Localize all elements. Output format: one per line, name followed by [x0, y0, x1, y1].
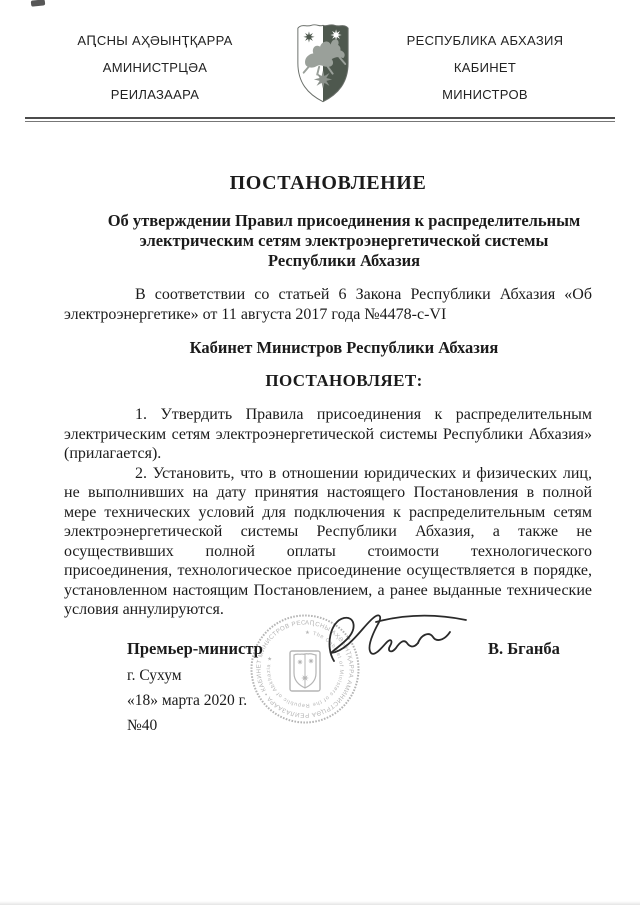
footer-number: №40: [127, 717, 157, 735]
footer-date: «18» марта 2020 г.: [127, 692, 247, 710]
coat-of-arms: [294, 20, 352, 111]
letterhead: АԤСНЫ АҲӘЫНҬҚАРРА АМИНИСТРЦӘА РЕИЛАЗААРА: [0, 0, 640, 111]
decree-items: 1. Утвердить Правила присоединения к рас…: [64, 405, 592, 620]
subtitle-line: электрическим сетям электроэнергетическо…: [96, 231, 592, 251]
seal-center-emblem: [290, 651, 320, 691]
star-icon: [303, 31, 314, 42]
document-subtitle: Об утверждении Правил присоединения к ра…: [64, 211, 592, 271]
document-page: АԤСНЫ АҲӘЫНҬҚАРРА АМИНИСТРЦӘА РЕИЛАЗААРА: [0, 0, 640, 905]
letterhead-russian-line: МИНИСТРОВ: [360, 81, 610, 108]
letterhead-abkhaz-line: АМИНИСТРЦӘА: [30, 54, 280, 81]
letterhead-abkhaz-line: РЕИЛАЗААРА: [30, 81, 280, 108]
star-icon: [331, 29, 342, 40]
signatory-name: В. Бганба: [488, 639, 560, 659]
star-icon: [308, 658, 314, 664]
handwritten-signature: [320, 611, 478, 669]
decree-item-1: 1. Утвердить Правила присоединения к рас…: [64, 405, 592, 464]
scan-bottom-edge: [0, 901, 640, 905]
letterhead-russian-line: РЕСПУБЛИКА АБХАЗИЯ: [360, 27, 610, 54]
decree-item-2: 2. Установить, что в отношении юридическ…: [64, 464, 592, 620]
letterhead-abkhaz-block: АԤСНЫ АҲӘЫНҬҚАРРА АМИНИСТРЦӘА РЕИЛАЗААРА: [30, 27, 280, 111]
letterhead-abkhaz-line: АԤСНЫ АҲӘЫНҬҚАРРА: [30, 27, 280, 54]
signature-area: АԤСНЫ АҲӘЫНҬҚАРРА АМИНИСТРЦӘА РЕИЛАЗААРА…: [0, 605, 640, 775]
subtitle-line: Об утверждении Правил присоединения к ра…: [96, 211, 592, 231]
signatory-role: Премьер-министр: [127, 639, 263, 659]
intro-paragraph: В соответствии со статьей 6 Закона Респу…: [64, 285, 592, 324]
star-icon: [301, 674, 309, 682]
coat-of-arms-icon: [294, 20, 352, 106]
star-icon: [297, 659, 303, 665]
letterhead-russian-line: КАБИНЕТ: [360, 54, 610, 81]
document-title: ПОСТАНОВЛЕНИЕ: [64, 172, 592, 195]
header-divider-rule: [25, 117, 615, 122]
document-body: ПОСТАНОВЛЕНИЕ Об утверждении Правил прис…: [64, 172, 592, 620]
authority-line: Кабинет Министров Республики Абхазия: [64, 338, 592, 358]
footer-city: г. Сухум: [127, 667, 182, 685]
decree-word: ПОСТАНОВЛЯЕТ:: [64, 371, 592, 391]
letterhead-russian-block: РЕСПУБЛИКА АБХАЗИЯ КАБИНЕТ МИНИСТРОВ: [360, 27, 610, 111]
subtitle-line: Республики Абхазия: [96, 251, 592, 271]
